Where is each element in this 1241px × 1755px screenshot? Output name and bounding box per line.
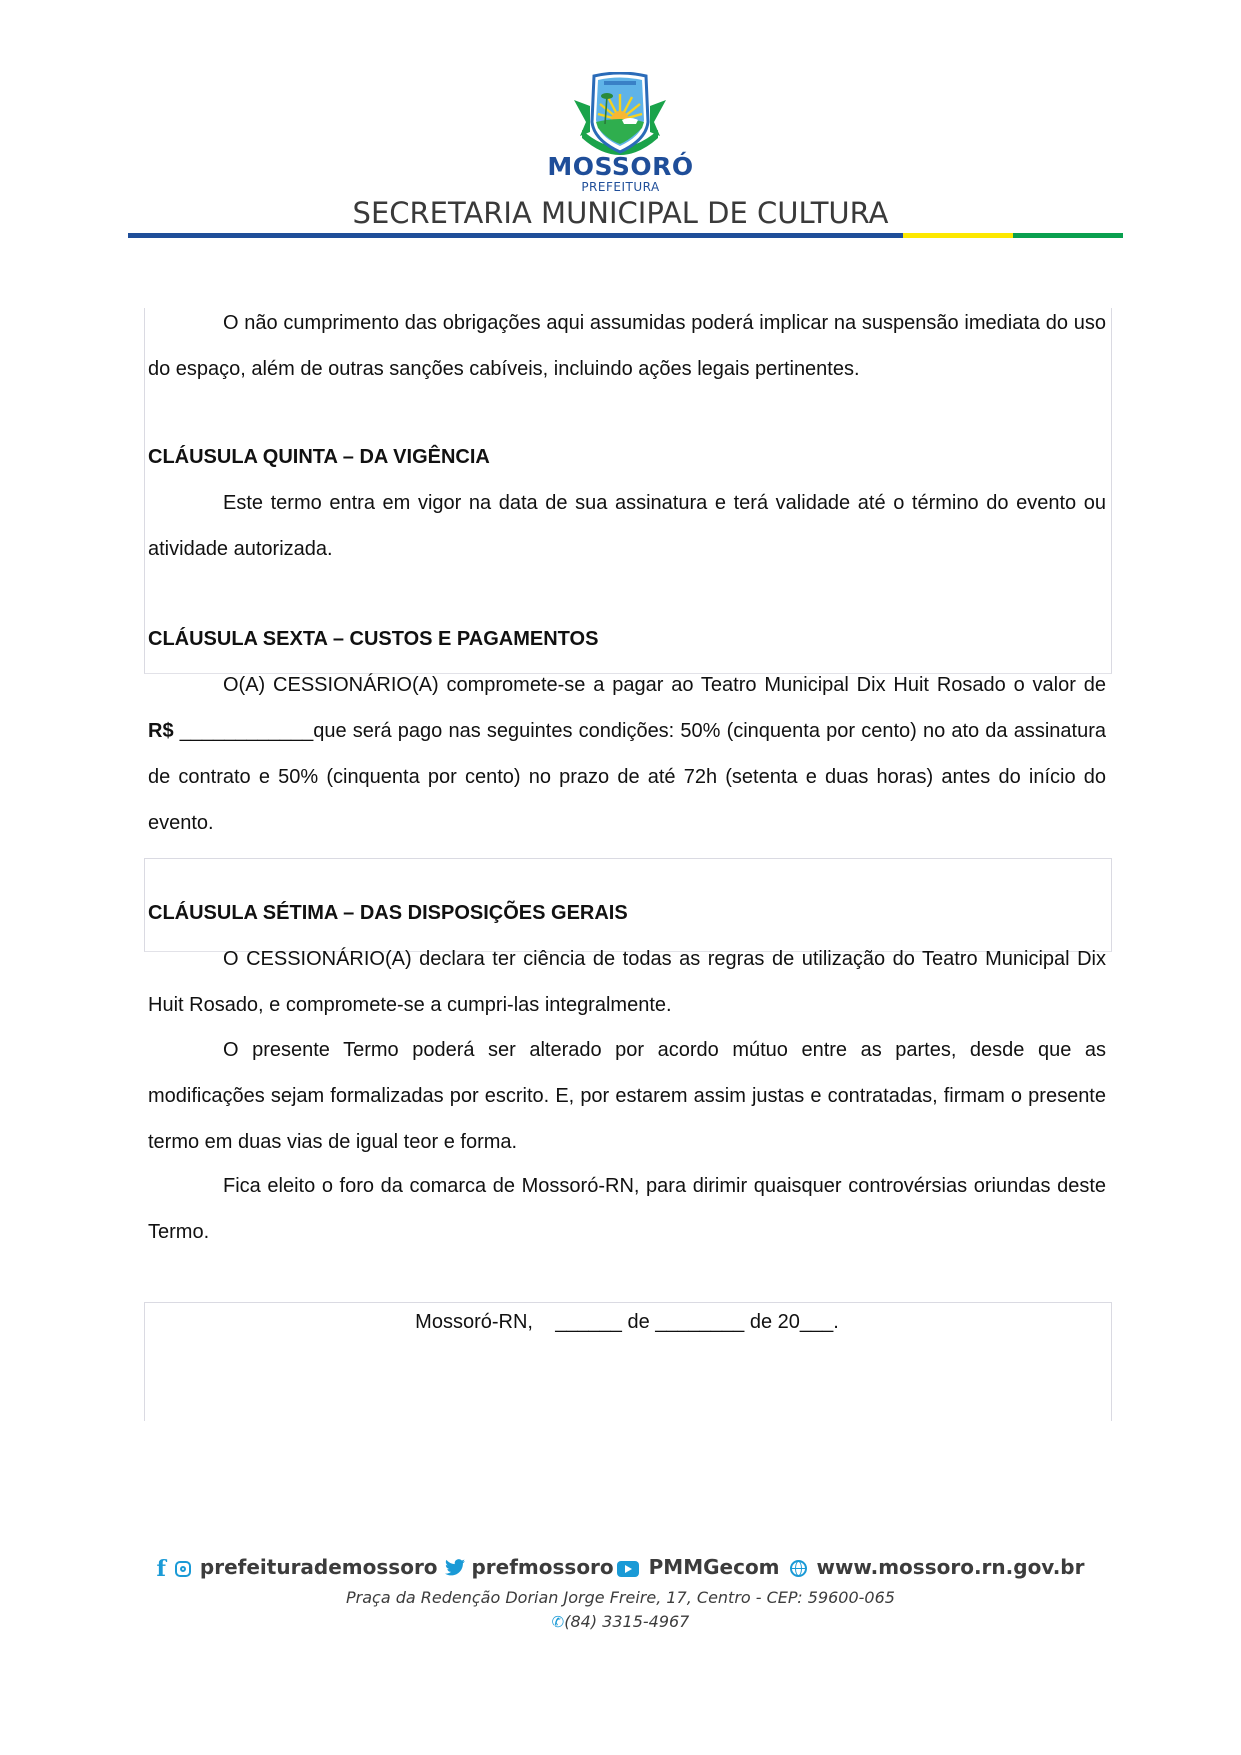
clause-7-paragraph-3: Fica eleito o foro da comarca de Mossoró… <box>148 1163 1106 1255</box>
website-link[interactable]: www.mossoro.rn.gov.br <box>816 1555 1084 1579</box>
clause-6-text-a: O(A) CESSIONÁRIO(A) compromete-se a paga… <box>223 674 1106 696</box>
department-title: SECRETARIA MUNICIPAL DE CULTURA <box>0 196 1241 230</box>
clause-5-title: CLÁUSULA QUINTA – DA VIGÊNCIA <box>148 434 1106 480</box>
letterhead: MOSSORÓ PREFEITURA SECRETARIA MUNICIPAL … <box>0 0 1241 250</box>
paragraph-noncompliance: O não cumprimento das obrigações aqui as… <box>148 300 1106 392</box>
clause-6-title: CLÁUSULA SEXTA – CUSTOS E PAGAMENTOS <box>148 616 1106 662</box>
clause-7-paragraph-1: O CESSIONÁRIO(A) declara ter ciência de … <box>148 936 1106 1028</box>
header-bar-green <box>1013 233 1123 238</box>
facebook-icon: f <box>157 1556 166 1582</box>
footer-social-links: f prefeiturademossoro prefmossoro PMMGec… <box>0 1555 1241 1582</box>
clause-7-paragraph-2: O presente Termo poderá ser alterado por… <box>148 1027 1106 1165</box>
clause-7-title: CLÁUSULA SÉTIMA – DAS DISPOSIÇÕES GERAIS <box>148 890 1106 936</box>
footer-address: Praça da Redenção Dorian Jorge Freire, 1… <box>0 1588 1241 1607</box>
globe-icon <box>790 1560 807 1577</box>
twitter-icon <box>445 1557 465 1581</box>
social-handle: prefeiturademossoro <box>200 1555 438 1579</box>
youtube-icon <box>617 1561 639 1577</box>
brand-subtitle: PREFEITURA <box>0 180 1241 194</box>
clause-5-text: Este termo entra em vigor na data de sua… <box>148 480 1106 572</box>
currency-label: R$ <box>148 720 174 742</box>
municipal-coat-of-arms-icon <box>560 72 680 164</box>
youtube-handle: PMMGecom <box>649 1555 780 1579</box>
date-line: Mossoró-RN, ______ de ________ de 20___. <box>148 1299 1106 1345</box>
amount-blank: ____________ <box>174 720 314 742</box>
instagram-icon <box>175 1561 191 1577</box>
clause-6-text: O(A) CESSIONÁRIO(A) compromete-se a paga… <box>148 662 1106 846</box>
twitter-handle: prefmossoro <box>471 1555 613 1579</box>
brand-name: MOSSORÓ <box>0 152 1241 181</box>
header-bar-blue <box>128 233 903 238</box>
header-bar-yellow <box>903 233 1013 238</box>
phone-icon: ✆ <box>552 1613 565 1631</box>
phone-number: (84) 3315-4967 <box>564 1612 689 1631</box>
footer-phone: ✆(84) 3315-4967 <box>0 1612 1241 1631</box>
